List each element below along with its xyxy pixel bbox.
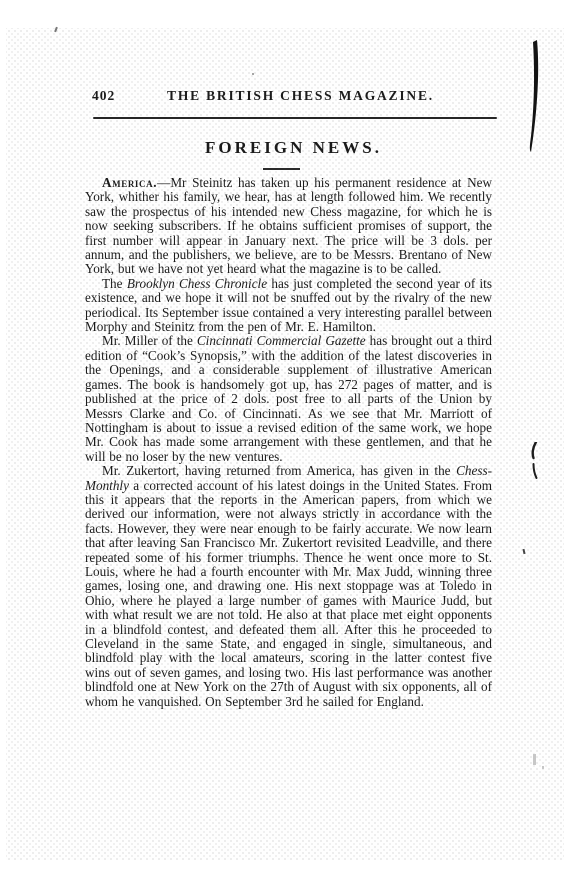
scan-artifact-dot (252, 73, 254, 75)
article-body: America.—Mr Steinitz has taken up his pe… (85, 176, 492, 709)
scan-artifact-hook-mark (531, 442, 540, 480)
paragraph-text: a corrected account of his latest doings… (85, 478, 492, 709)
scan-artifact-binding-mark (528, 40, 542, 155)
paragraph-brooklyn-chronicle: The Brooklyn Chess Chronicle has just co… (85, 277, 492, 335)
magazine-title: THE BRITISH CHESS MAGAZINE. (85, 88, 492, 104)
paragraph-zukertort-tour: Mr. Zukertort, having returned from Amer… (85, 464, 492, 709)
paragraph-text: —Mr Steinitz has taken up his permanent … (85, 175, 492, 276)
periodical-name-italic: Cincinnati Commercial Gazette (197, 333, 366, 348)
running-header: 402 THE BRITISH CHESS MAGAZINE. (85, 88, 492, 106)
scan-artifact-gray-dash (533, 754, 536, 765)
paragraph-text: Mr. Zukertort, having returned from Amer… (102, 463, 456, 478)
paragraph-lead-smallcaps: America. (102, 175, 157, 190)
periodical-name-italic: Brooklyn Chess Chronicle (127, 276, 267, 291)
header-rule (93, 117, 497, 119)
scan-artifact-gray-dot (542, 766, 544, 769)
paragraph-text: has brought out a third edition of “Cook… (85, 333, 492, 463)
section-title: FOREIGN NEWS. (85, 138, 492, 158)
paragraph-text: Mr. Miller of the (102, 333, 197, 348)
scanned-magazine-page: 402 THE BRITISH CHESS MAGAZINE. FOREIGN … (0, 0, 564, 885)
paragraph-america-steinitz: America.—Mr Steinitz has taken up his pe… (85, 176, 492, 277)
section-title-rule (263, 168, 300, 170)
paragraph-text: The (102, 276, 127, 291)
paragraph-cincinnati-gazette: Mr. Miller of the Cincinnati Commercial … (85, 334, 492, 464)
